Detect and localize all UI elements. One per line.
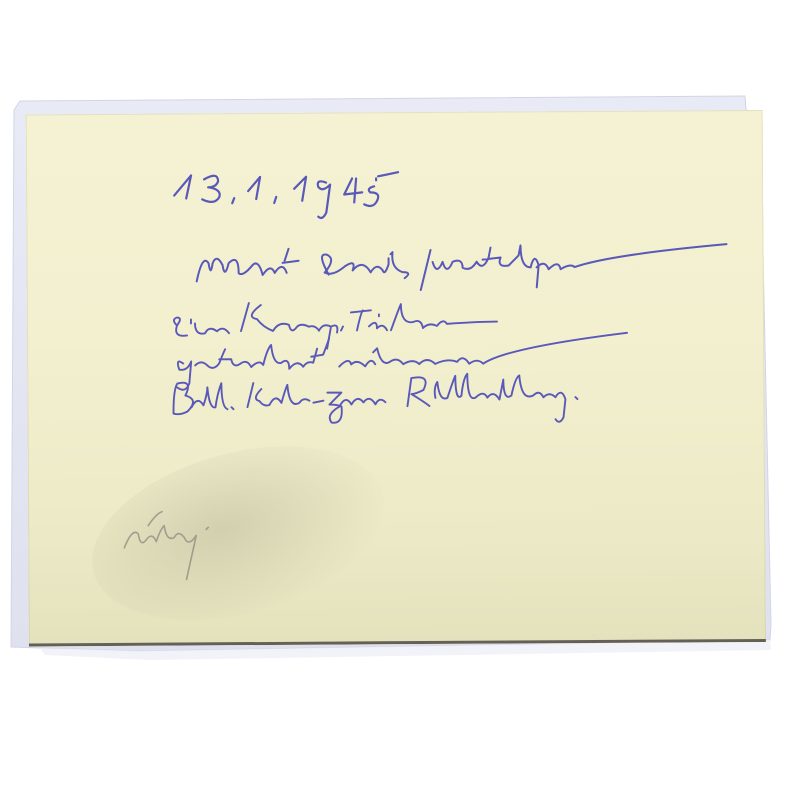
- handwriting-strokes: [26, 110, 766, 646]
- pencil-scribble: [124, 511, 208, 580]
- line2-strokes: [177, 333, 627, 390]
- handwritten-card: 13. 1. 1945 Mont Cenis / Westalpen Ein K…: [26, 110, 766, 646]
- location-strokes: [197, 244, 727, 291]
- line3-strokes: [173, 373, 577, 424]
- date-strokes: [174, 172, 398, 219]
- line1-strokes: [174, 302, 497, 350]
- photo-scene: 13. 1. 1945 Mont Cenis / Westalpen Ein K…: [0, 0, 800, 800]
